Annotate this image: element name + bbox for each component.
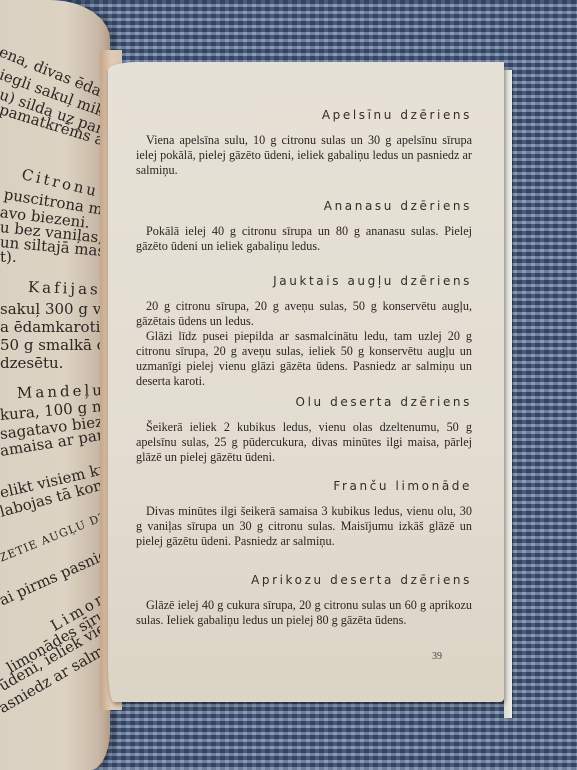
recipe-title: Jauktais augļu dzēriens xyxy=(136,274,472,289)
recipe-title: Apelsīnu dzēriens xyxy=(136,108,472,123)
recipe-title: Olu deserta dzēriens xyxy=(136,395,472,410)
left-text-line: 50 g smalkā cukura un xyxy=(0,336,110,354)
recipe-text: Pokālā ielej 40 g citronu sīrupa un 80 g… xyxy=(136,224,472,254)
left-text-line: sakuļ 300 g vaniļas pa xyxy=(0,300,110,318)
recipe-jauktais-auglu-dzeriens: Jauktais augļu dzēriens 20 g citronu sīr… xyxy=(136,274,472,389)
recipe-olu-deserta-dzeriens: Olu deserta dzēriens Šeikerā ieliek 2 ku… xyxy=(136,395,472,465)
recipe-aprikozu-deserta-dzeriens: Aprikozu deserta dzēriens Glāzē ielej 40… xyxy=(136,573,472,628)
left-heading-kafijas-krems: Kafijas krēms xyxy=(28,278,110,301)
recipe-text: Viena apelsīna sulu, 10 g citronu sulas … xyxy=(136,133,472,178)
recipe-title: Franču limonāde xyxy=(136,479,472,494)
recipe-text: Divas minūtes ilgi šeikerā samaisa 3 kub… xyxy=(136,504,472,549)
page-number: 39 xyxy=(432,651,442,662)
recipe-title: Ananasu dzēriens xyxy=(136,199,472,214)
recipe-text: 20 g citronu sīrupa, 20 g aveņu sulas, 5… xyxy=(136,299,472,329)
recipe-title: Aprikozu deserta dzēriens xyxy=(136,573,472,588)
recipe-text: Šeikerā ieliek 2 kubikus ledus, vienu ol… xyxy=(136,420,472,465)
page-stack-edge xyxy=(504,70,512,718)
recipe-ananasu-dzeriens: Ananasu dzēriens Pokālā ielej 40 g citro… xyxy=(136,199,472,254)
left-text-line: dzesētu. xyxy=(0,354,63,372)
recipe-text: Glāzē ielej 40 g cukura sīrupa, 20 g cit… xyxy=(136,598,472,628)
left-text-line: a ēdamkaroti mandeļu xyxy=(0,318,110,336)
left-page: Pamatkrēms ena, divas ēdamkarot iegli sa… xyxy=(0,0,110,770)
recipe-apelsinu-dzeriens: Apelsīnu dzēriens Viena apelsīna sulu, 1… xyxy=(136,108,472,178)
recipe-text: Glāzi līdz pusei piepilda ar sasmalcināt… xyxy=(136,329,472,389)
left-text-line: t). xyxy=(0,248,17,266)
recipe-francu-limonade: Franču limonāde Divas minūtes ilgi šeike… xyxy=(136,479,472,549)
